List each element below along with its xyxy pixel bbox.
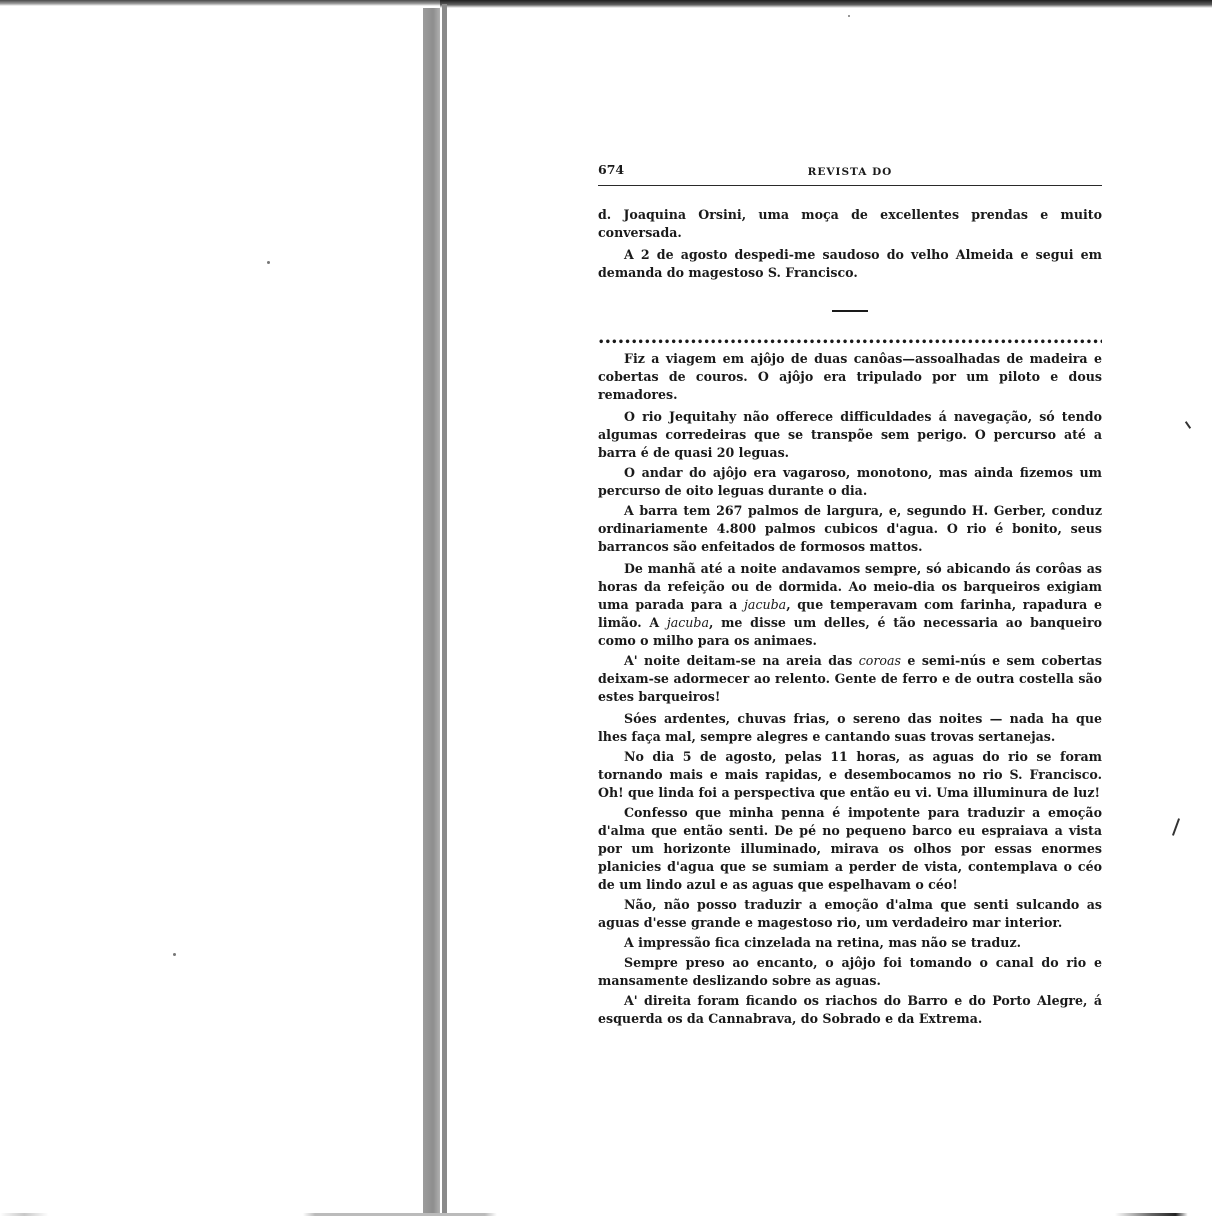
paragraph: Fiz a viagem em ajôjo de duas canôas—ass… <box>598 350 1102 404</box>
paragraph: De manhã até a noite andavamos sempre, s… <box>598 560 1102 650</box>
paragraph: O rio Jequitahy não offerece difficuldad… <box>598 408 1102 462</box>
scan-speck <box>173 953 176 956</box>
scan-speck <box>848 15 850 17</box>
paragraph: A' noite deitam-se na areia das coroas e… <box>598 652 1102 706</box>
running-head: 674 REVISTA DO <box>598 160 1102 184</box>
paragraph: A' direita foram ficando os riachos do B… <box>598 992 1102 1028</box>
paragraph: Não, não posso traduzir a emoção d'alma … <box>598 896 1102 932</box>
page-body: d. Joaquina Orsini, uma moça de excellen… <box>598 206 1102 1028</box>
paragraph: A barra tem 267 palmos de largura, e, se… <box>598 502 1102 556</box>
paragraph: d. Joaquina Orsini, uma moça de excellen… <box>598 206 1102 242</box>
text-run: A' noite deitam-se na areia das <box>624 653 859 668</box>
paragraph: A 2 de agosto despedi-me saudoso do velh… <box>598 246 1102 282</box>
header-rule <box>598 185 1102 188</box>
paragraph: No dia 5 de agosto, pelas 11 horas, as a… <box>598 748 1102 802</box>
scan-top-edge-dark <box>440 0 1212 8</box>
book-spine-gutter <box>423 8 440 1216</box>
margin-pencil-mark <box>1185 421 1191 429</box>
italic-term: jacuba <box>667 615 709 630</box>
section-divider-rule <box>832 310 868 312</box>
scan-speck <box>267 261 270 264</box>
paragraph: Sempre preso ao encanto, o ajôjo foi tom… <box>598 954 1102 990</box>
book-page: 674 REVISTA DO d. Joaquina Orsini, uma m… <box>598 160 1102 1030</box>
italic-term: jacuba <box>744 597 786 612</box>
dot-leader-line: ••••••••••••••••••••••••••••••••••••••••… <box>598 338 1102 348</box>
paragraph: Sóes ardentes, chuvas frias, o sereno da… <box>598 710 1102 746</box>
paragraph: Confesso que minha penna é impotente par… <box>598 804 1102 894</box>
margin-pencil-mark <box>1172 818 1180 836</box>
paragraph: A impressão fica cinzelada na retina, ma… <box>598 934 1102 952</box>
journal-title: REVISTA DO <box>598 166 1102 178</box>
page-edge-shadow <box>442 4 447 1216</box>
paragraph: O andar do ajôjo era vagaroso, monotono,… <box>598 464 1102 500</box>
italic-term: coroas <box>859 653 901 668</box>
